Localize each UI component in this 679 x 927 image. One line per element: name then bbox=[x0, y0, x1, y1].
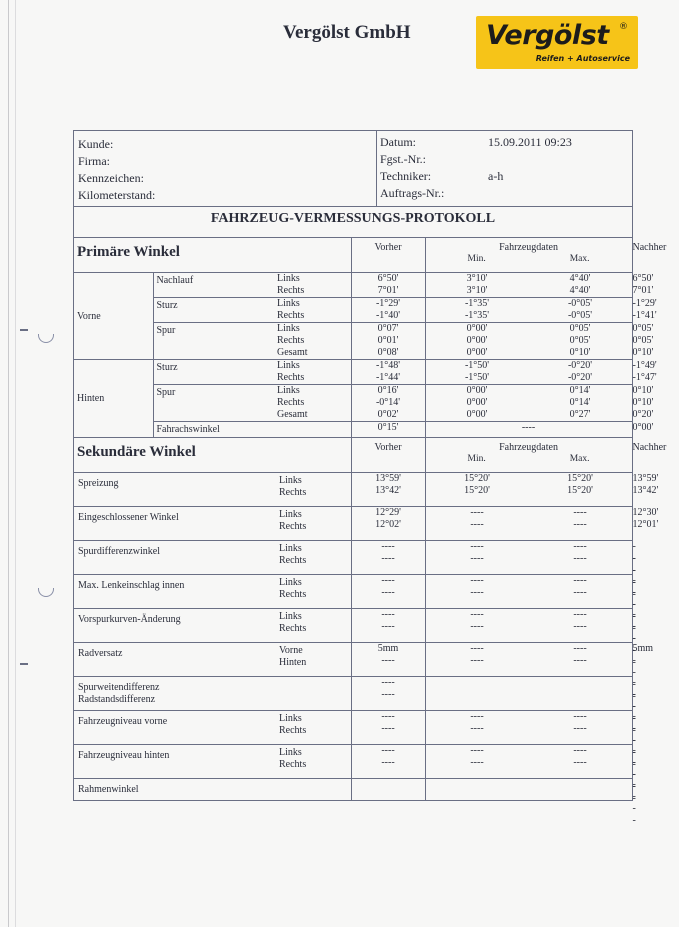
sides: LinksRechts bbox=[279, 747, 306, 771]
before-cell: -------- bbox=[351, 575, 425, 609]
field-label: Auftrags-Nr.: bbox=[380, 185, 488, 202]
column-before: Vorher bbox=[351, 238, 425, 273]
sides: LinksRechts bbox=[279, 713, 306, 737]
value: 15°20' bbox=[529, 473, 632, 485]
angle-name: Eingeschlossener WinkelLinksRechts bbox=[74, 507, 351, 541]
value: ---- bbox=[352, 723, 425, 735]
before-cell: 13°59'13°42' bbox=[351, 473, 425, 507]
value: 13°59' bbox=[352, 473, 425, 485]
value: ---- bbox=[426, 575, 529, 587]
value: Radstandsdifferenz bbox=[78, 694, 351, 706]
value: 0°00' bbox=[426, 409, 529, 421]
value: 0°15' bbox=[352, 422, 425, 434]
max-values: -0°05'-0°05' bbox=[529, 298, 632, 322]
registered-icon: ® bbox=[619, 22, 628, 32]
punch-hole-mark bbox=[38, 588, 54, 597]
sides: LinksRechts bbox=[279, 611, 306, 635]
max-values bbox=[529, 677, 632, 701]
before-values: -------- bbox=[352, 541, 425, 565]
sides: LinksRechtsGesamt bbox=[277, 385, 351, 421]
vehicle-data-cell: ---------------- bbox=[425, 507, 632, 541]
section-title: Sekundäre Winkel bbox=[74, 438, 351, 473]
value bbox=[426, 677, 529, 689]
vehicle-data-cell: 3°10'3°10'4°40'4°40' bbox=[425, 273, 632, 298]
sides: LinksRechts bbox=[277, 298, 351, 322]
page-edge bbox=[8, 0, 9, 927]
info-field: Kennzeichen: bbox=[78, 170, 373, 187]
value: 6°50' bbox=[352, 273, 425, 285]
value: 0°02' bbox=[352, 409, 425, 421]
value: Rechts bbox=[279, 759, 306, 771]
max-values: -------- bbox=[529, 575, 632, 599]
side-labels: LinksRechtsGesamt bbox=[277, 385, 351, 422]
vehicle-data-cell: 0°00'0°00'0°00'0°14'0°14'0°27' bbox=[425, 385, 632, 422]
value: -1°40' bbox=[352, 310, 425, 322]
value bbox=[426, 779, 529, 791]
sides: LinksRechts bbox=[279, 577, 306, 601]
side-labels: LinksRechts bbox=[277, 273, 351, 298]
value: ---- bbox=[352, 609, 425, 621]
value: ---- bbox=[529, 643, 632, 655]
sides: LinksRechts bbox=[277, 360, 351, 384]
min-values: 0°00'0°00'0°00' bbox=[426, 385, 529, 421]
max-values: 4°40'4°40' bbox=[529, 273, 632, 297]
section-title: Primäre Winkel bbox=[74, 238, 351, 273]
value bbox=[529, 689, 632, 701]
value: -1°44' bbox=[352, 372, 425, 384]
max-values: -------- bbox=[529, 507, 632, 531]
value: Rechts bbox=[279, 589, 306, 601]
value: ---- bbox=[352, 745, 425, 757]
value: Rechts bbox=[279, 555, 306, 567]
max-values bbox=[529, 779, 632, 795]
before-cell: -------- bbox=[351, 541, 425, 575]
value: ---- bbox=[529, 507, 632, 519]
value: 0°27' bbox=[529, 409, 632, 421]
value: -0°05' bbox=[529, 310, 632, 322]
before-values: -------- bbox=[352, 711, 425, 735]
min-values: -------- bbox=[426, 575, 529, 599]
vehicle-data-cell: ---- bbox=[425, 422, 632, 438]
value: 0°07' bbox=[352, 323, 425, 335]
min-values: 0°00'0°00'0°00' bbox=[426, 323, 529, 359]
value: ---- bbox=[352, 757, 425, 769]
before-values: 5mm---- bbox=[352, 643, 425, 667]
info-field: Firma: bbox=[78, 153, 373, 170]
value: -1°35' bbox=[426, 298, 529, 310]
column-vehicle-data: FahrzeugdatenMin.Max. bbox=[425, 238, 632, 273]
punch-mark bbox=[20, 329, 28, 331]
vehicle-data-values: ---- bbox=[426, 422, 632, 434]
before-values: 0°07'0°01'0°08' bbox=[352, 323, 425, 359]
side-labels: LinksRechtsGesamt bbox=[277, 323, 351, 360]
field-label: Kunde: bbox=[78, 136, 278, 153]
field-value: 15.09.2011 09:23 bbox=[488, 134, 572, 151]
value: ---- bbox=[529, 745, 632, 757]
value: 0°00' bbox=[426, 335, 529, 347]
vehicle-data-cell: -1°35'-1°35'-0°05'-0°05' bbox=[425, 298, 632, 323]
before-cell: -1°48'-1°44' bbox=[351, 360, 425, 385]
angle-name: Rahmenwinkel bbox=[74, 779, 351, 801]
sides: LinksRechts bbox=[277, 273, 351, 297]
before-values bbox=[352, 779, 425, 795]
value: -0°20' bbox=[529, 360, 632, 372]
value: 0°05' bbox=[529, 323, 632, 335]
measurement-table: Primäre WinkelVorherFahrzeugdatenMin.Max… bbox=[74, 238, 632, 800]
value: 0°16' bbox=[352, 385, 425, 397]
angle-name: SpurdifferenzwinkelLinksRechts bbox=[74, 541, 351, 575]
min-values: 15°20'15°20' bbox=[426, 473, 529, 497]
before-cell: 12°29'12°02' bbox=[351, 507, 425, 541]
value: 0°00' bbox=[426, 323, 529, 335]
value: ---- bbox=[426, 609, 529, 621]
angle-name: RadversatzVorneHinten bbox=[74, 643, 351, 677]
side-labels: LinksRechts bbox=[277, 360, 351, 385]
value: Links bbox=[277, 273, 351, 285]
field-label: Fgst.-Nr.: bbox=[380, 151, 488, 168]
value: ---- bbox=[426, 587, 529, 599]
max-values: -------- bbox=[529, 609, 632, 633]
angle-name: Spur bbox=[153, 323, 277, 360]
value bbox=[352, 779, 425, 795]
value: ---- bbox=[426, 507, 529, 519]
min-values: -------- bbox=[426, 745, 529, 769]
sides: LinksRechts bbox=[279, 475, 306, 499]
angle-names: SpurweitendifferenzRadstandsdifferenz bbox=[78, 682, 351, 706]
value: ---- bbox=[529, 609, 632, 621]
value: ---- bbox=[426, 519, 529, 531]
min-values: -------- bbox=[426, 711, 529, 735]
value: 0°00' bbox=[426, 397, 529, 409]
value: Links bbox=[279, 577, 306, 589]
value: ---- bbox=[426, 422, 632, 434]
value: -1°48' bbox=[352, 360, 425, 372]
value: ---- bbox=[426, 541, 529, 553]
company-name: Vergölst GmbH bbox=[283, 22, 411, 44]
value: ---- bbox=[352, 711, 425, 723]
angle-name: Vorspurkurven-ÄnderungLinksRechts bbox=[74, 609, 351, 643]
value: Links bbox=[279, 509, 306, 521]
value: 4°40' bbox=[529, 285, 632, 297]
value: ---- bbox=[352, 575, 425, 587]
customer-info-block: Kunde:Firma:Kennzeichen:Kilometerstand: … bbox=[74, 131, 632, 207]
vehicle-data-cell: -1°50'-1°50'-0°20'-0°20' bbox=[425, 360, 632, 385]
value: -1°50' bbox=[426, 360, 529, 372]
alignment-protocol-sheet: Kunde:Firma:Kennzeichen:Kilometerstand: … bbox=[73, 130, 633, 801]
min-values: -------- bbox=[426, 609, 529, 633]
info-field: Auftrags-Nr.: bbox=[380, 185, 629, 202]
sides: VorneHinten bbox=[279, 645, 306, 669]
angle-name: Fahrzeugniveau vorneLinksRechts bbox=[74, 711, 351, 745]
value: -0°20' bbox=[529, 372, 632, 384]
max-values: -------- bbox=[529, 745, 632, 769]
value: 15°20' bbox=[529, 485, 632, 497]
column-before: Vorher bbox=[351, 438, 425, 473]
protocol-title: FAHRZEUG-VERMESSUNGS-PROTOKOLL bbox=[74, 207, 632, 238]
value: ---- bbox=[352, 541, 425, 553]
max-values: 0°05'0°05'0°10' bbox=[529, 323, 632, 359]
value: ---- bbox=[529, 711, 632, 723]
value: ---- bbox=[529, 541, 632, 553]
before-cell: 5mm---- bbox=[351, 643, 425, 677]
before-cell: 6°50'7°01' bbox=[351, 273, 425, 298]
info-field: Techniker:a-h bbox=[380, 168, 629, 185]
before-values: -1°48'-1°44' bbox=[352, 360, 425, 384]
value: ---- bbox=[529, 519, 632, 531]
min-values bbox=[426, 779, 529, 795]
logo-tagline: Reifen + Autoservice bbox=[536, 54, 630, 63]
axle-label: Hinten bbox=[74, 360, 153, 438]
value: 15°20' bbox=[426, 485, 529, 497]
value: ---- bbox=[426, 553, 529, 565]
min-values bbox=[426, 677, 529, 701]
sides: LinksRechtsGesamt bbox=[277, 323, 351, 359]
value: 12°29' bbox=[352, 507, 425, 519]
logo-wordmark: Vergölst bbox=[486, 20, 609, 51]
axle-label: Vorne bbox=[74, 273, 153, 360]
value: Links bbox=[277, 298, 351, 310]
angle-name: SpreizungLinksRechts bbox=[74, 473, 351, 507]
before-cell: -------- bbox=[351, 677, 425, 711]
angle-name: Max. Lenkeinschlag innenLinksRechts bbox=[74, 575, 351, 609]
value: Vorne bbox=[279, 645, 306, 657]
max-values: -------- bbox=[529, 541, 632, 565]
value: ---- bbox=[529, 587, 632, 599]
value: ---- bbox=[352, 655, 425, 667]
angle-name: Fahrachswinkel bbox=[153, 422, 351, 438]
page-edge bbox=[15, 0, 16, 927]
value: Links bbox=[279, 713, 306, 725]
sides: LinksRechts bbox=[279, 509, 306, 533]
value: ---- bbox=[352, 553, 425, 565]
value: 0°01' bbox=[352, 335, 425, 347]
value: 12°02' bbox=[352, 519, 425, 531]
before-cell: 0°16'-0°14'0°02' bbox=[351, 385, 425, 422]
value: 0°14' bbox=[529, 385, 632, 397]
value: Hinten bbox=[279, 657, 306, 669]
value: 0°10' bbox=[529, 347, 632, 359]
value: ---- bbox=[529, 553, 632, 565]
field-label: Kennzeichen: bbox=[78, 170, 278, 187]
value: 13°42' bbox=[352, 485, 425, 497]
value: 0°00' bbox=[426, 347, 529, 359]
angle-name: SpurweitendifferenzRadstandsdifferenz bbox=[74, 677, 351, 711]
value: Rechts bbox=[279, 521, 306, 533]
before-values: 12°29'12°02' bbox=[352, 507, 425, 531]
column-vehicle-data: FahrzeugdatenMin.Max. bbox=[425, 438, 632, 473]
value: Rechts bbox=[279, 725, 306, 737]
before-cell: 0°07'0°01'0°08' bbox=[351, 323, 425, 360]
before-values: 0°16'-0°14'0°02' bbox=[352, 385, 425, 421]
before-cell: -------- bbox=[351, 609, 425, 643]
min-values: 3°10'3°10' bbox=[426, 273, 529, 297]
value: ---- bbox=[352, 689, 425, 701]
value: ---- bbox=[529, 655, 632, 667]
value: Spurweitendifferenz bbox=[78, 682, 351, 694]
before-values: -1°29'-1°40' bbox=[352, 298, 425, 322]
value: ---- bbox=[426, 723, 529, 735]
before-cell: 0°15' bbox=[351, 422, 425, 438]
value: ---- bbox=[529, 621, 632, 633]
max-values: -0°20'-0°20' bbox=[529, 360, 632, 384]
value: 0°05' bbox=[529, 335, 632, 347]
max-values: -------- bbox=[529, 643, 632, 667]
value: 3°10' bbox=[426, 285, 529, 297]
before-values: -------- bbox=[352, 609, 425, 633]
min-values: -------- bbox=[426, 507, 529, 531]
value: 5mm bbox=[352, 643, 425, 655]
value: Gesamt bbox=[277, 409, 351, 421]
before-cell: -------- bbox=[351, 745, 425, 779]
vehicle-data-cell bbox=[425, 677, 632, 711]
value: Links bbox=[279, 543, 306, 555]
value: -0°14' bbox=[352, 397, 425, 409]
before-cell bbox=[351, 779, 425, 801]
value: ---- bbox=[352, 587, 425, 599]
value: Rechts bbox=[277, 285, 351, 297]
punch-hole-mark bbox=[38, 334, 54, 343]
before-values: 13°59'13°42' bbox=[352, 473, 425, 497]
value bbox=[426, 689, 529, 701]
value: ---- bbox=[352, 621, 425, 633]
value: ---- bbox=[426, 711, 529, 723]
value: ---- bbox=[529, 575, 632, 587]
punch-mark bbox=[20, 663, 28, 665]
value: Gesamt bbox=[277, 347, 351, 359]
value: ---- bbox=[426, 655, 529, 667]
angle-name: Nachlauf bbox=[153, 273, 277, 298]
value: Links bbox=[277, 360, 351, 372]
value: 7°01' bbox=[352, 285, 425, 297]
vehicle-data-cell: 0°00'0°00'0°00'0°05'0°05'0°10' bbox=[425, 323, 632, 360]
angle-name: Fahrzeugniveau hintenLinksRechts bbox=[74, 745, 351, 779]
info-field: Kunde: bbox=[78, 136, 373, 153]
field-label: Kilometerstand: bbox=[78, 187, 278, 204]
max-values: 0°14'0°14'0°27' bbox=[529, 385, 632, 421]
value: 0°08' bbox=[352, 347, 425, 359]
value: Rechts bbox=[279, 487, 306, 499]
value: Rechts bbox=[277, 310, 351, 322]
sides: LinksRechts bbox=[279, 543, 306, 567]
min-values: -1°50'-1°50' bbox=[426, 360, 529, 384]
value: -1°35' bbox=[426, 310, 529, 322]
before-values: -------- bbox=[352, 745, 425, 769]
field-label: Datum: bbox=[380, 134, 488, 151]
value: 3°10' bbox=[426, 273, 529, 285]
value: Links bbox=[279, 475, 306, 487]
angle-name: Sturz bbox=[153, 298, 277, 323]
customer-fields: Kunde:Firma:Kennzeichen:Kilometerstand: bbox=[74, 131, 377, 206]
before-values: 0°15' bbox=[352, 422, 425, 434]
value: ---- bbox=[426, 621, 529, 633]
field-value: a-h bbox=[488, 168, 503, 185]
value: Rechts bbox=[277, 397, 351, 409]
min-values: -------- bbox=[426, 541, 529, 565]
angle-name: Sturz bbox=[153, 360, 277, 385]
angle-name: Spur bbox=[153, 385, 277, 422]
vehicle-data-cell: ---------------- bbox=[425, 575, 632, 609]
value: ---- bbox=[529, 757, 632, 769]
vehicle-data-cell: ---------------- bbox=[425, 643, 632, 677]
value: -1°50' bbox=[426, 372, 529, 384]
value: 0°14' bbox=[529, 397, 632, 409]
vehicle-data-cell bbox=[425, 779, 632, 801]
value: -0°05' bbox=[529, 298, 632, 310]
min-values: -1°35'-1°35' bbox=[426, 298, 529, 322]
value: Links bbox=[279, 747, 306, 759]
order-fields: Datum:15.09.2011 09:23Fgst.-Nr.:Technike… bbox=[377, 131, 632, 206]
value bbox=[529, 677, 632, 689]
brand-logo: Vergölst ® Reifen + Autoservice bbox=[476, 16, 638, 69]
value: Rechts bbox=[277, 372, 351, 384]
before-values: 6°50'7°01' bbox=[352, 273, 425, 297]
value: ---- bbox=[426, 745, 529, 757]
field-label: Techniker: bbox=[380, 168, 488, 185]
max-values: -------- bbox=[529, 711, 632, 735]
value: ---- bbox=[426, 643, 529, 655]
value: ---- bbox=[529, 723, 632, 735]
value: Links bbox=[277, 323, 351, 335]
value: Links bbox=[279, 611, 306, 623]
info-field: Fgst.-Nr.: bbox=[380, 151, 629, 168]
before-cell: -1°29'-1°40' bbox=[351, 298, 425, 323]
value: ---- bbox=[352, 677, 425, 689]
value: 15°20' bbox=[426, 473, 529, 485]
value: ---- bbox=[426, 757, 529, 769]
side-labels: LinksRechts bbox=[277, 298, 351, 323]
before-cell: -------- bbox=[351, 711, 425, 745]
before-values: -------- bbox=[352, 677, 425, 701]
value: Rechts bbox=[277, 335, 351, 347]
value: Links bbox=[277, 385, 351, 397]
value: 4°40' bbox=[529, 273, 632, 285]
vehicle-data-cell: ---------------- bbox=[425, 745, 632, 779]
vehicle-data-cell: ---------------- bbox=[425, 711, 632, 745]
value: Rechts bbox=[279, 623, 306, 635]
min-values: -------- bbox=[426, 643, 529, 667]
field-label: Firma: bbox=[78, 153, 278, 170]
info-field: Kilometerstand: bbox=[78, 187, 373, 204]
vehicle-data-cell: ---------------- bbox=[425, 609, 632, 643]
vehicle-data-cell: ---------------- bbox=[425, 541, 632, 575]
info-field: Datum:15.09.2011 09:23 bbox=[380, 134, 629, 151]
value bbox=[529, 779, 632, 791]
vehicle-data-cell: 15°20'15°20'15°20'15°20' bbox=[425, 473, 632, 507]
value: 0°00' bbox=[426, 385, 529, 397]
value: -1°29' bbox=[352, 298, 425, 310]
before-values: -------- bbox=[352, 575, 425, 599]
max-values: 15°20'15°20' bbox=[529, 473, 632, 497]
